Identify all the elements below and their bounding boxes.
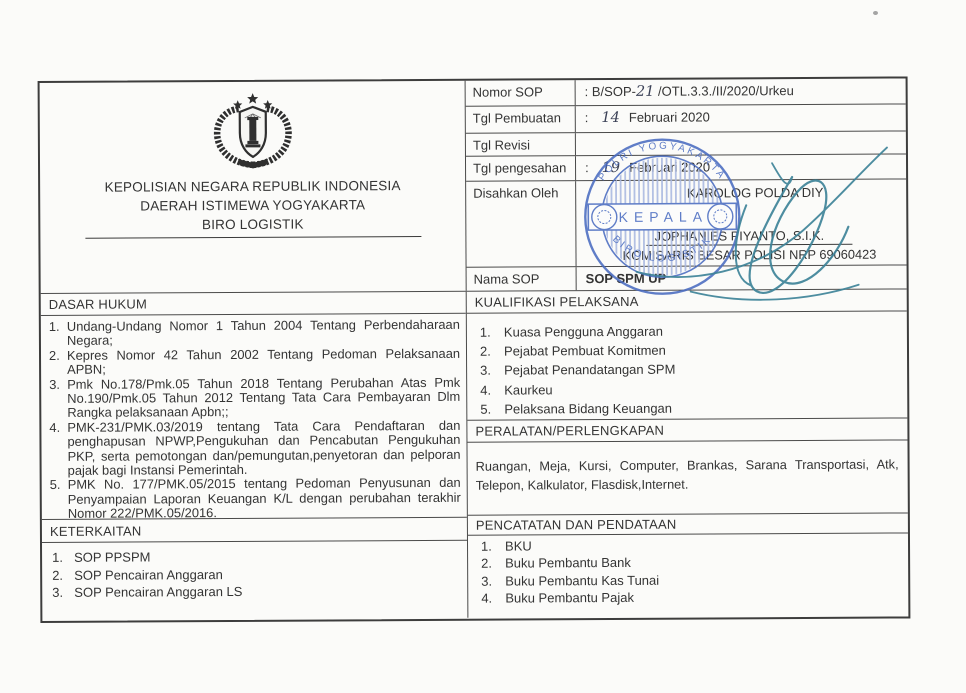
pembuatan-month: Februari 2020: [629, 109, 710, 124]
approver-rank: KOMISARIS BESAR POLISI NRP 69060423: [623, 247, 877, 263]
section-title-peralatan: PERALATAN/PERLENGKAPAN: [467, 418, 907, 442]
meta-label-nomor-sop: Nomor SOP: [466, 80, 576, 106]
pencatatan-item: Buku Pembantu Bank: [468, 553, 902, 573]
pencatatan-item: Buku Pembantu Pajak: [468, 588, 902, 608]
dasar-hukum-item: Pmk No.178/Pmk.05 Tahun 2018 Tentang Per…: [49, 375, 460, 420]
meta-label-tgl-revisi: Tgl Revisi: [466, 133, 576, 156]
dasar-hukum-item: Undang-Undang Nomor 1 Tahun 2004 Tentang…: [49, 318, 460, 349]
pencatatan-item: Buku Pembantu Kas Tunai: [468, 570, 902, 590]
scanned-document-page: KEPOLISIAN NEGARA REPUBLIK INDONESIA DAE…: [0, 0, 966, 693]
keterkaitan-item: SOP Pencairan Anggaran LS: [42, 582, 461, 602]
right-column: KUALIFIKASI PELAKSANA Kuasa Pengguna Ang…: [467, 289, 909, 617]
section-content-keterkaitan: SOP PPSPMSOP Pencairan AnggaranSOP Penca…: [42, 541, 467, 620]
meta-value-disahkan-oleh: KAROLOG POLDA DIY JOPHANIES PIYANTO, S.I…: [576, 179, 906, 266]
meta-value-tgl-pembuatan: :14Februari 2020: [576, 104, 906, 132]
org-line-3: BIRO LOGISTIK: [105, 214, 401, 235]
section-content-dasar-hukum: Undang-Undang Nomor 1 Tahun 2004 Tentang…: [41, 314, 467, 520]
pencatatan-list: BKUBuku Pembantu BankBuku Pembantu Kas T…: [468, 533, 908, 607]
kualifikasi-item: Pejabat Pembuat Komitmen: [467, 340, 901, 361]
dasar-hukum-item: Kepres Nomor 42 Tahun 2002 Tentang Pedom…: [49, 347, 460, 378]
meta-value-tgl-pengesahan: :19Februari 2020: [576, 154, 906, 180]
handwritten-date-pengesahan: 19: [602, 160, 621, 176]
dasar-hukum-item: PMK-231/PMK.03/2019 tentang Tata Cara Pe…: [49, 419, 460, 479]
kualifikasi-item: Pelaksana Bidang Keuangan: [467, 397, 901, 418]
document-header: KEPOLISIAN NEGARA REPUBLIK INDONESIA DAE…: [40, 78, 907, 294]
nomor-post: /OTL.3.3./II/2020/Urkeu: [654, 83, 794, 99]
keterkaitan-list: SOP PPSPMSOP Pencairan AnggaranSOP Penca…: [42, 541, 467, 602]
section-title-keterkaitan: KETERKAITAN: [42, 518, 467, 543]
section-title-pencatatan: PENCATATAN DAN PENDATAAN: [468, 513, 908, 535]
meta-value-tgl-revisi: [576, 131, 906, 155]
section-title-kualifikasi: KUALIFIKASI PELAKSANA: [467, 289, 907, 313]
meta-row-tgl-pembuatan: Tgl Pembuatan :14Februari 2020: [466, 104, 906, 133]
kualifikasi-list: Kuasa Pengguna AnggaranPejabat Pembuat K…: [467, 311, 908, 418]
pencatatan-item: BKU: [468, 535, 902, 555]
meta-row-tgl-revisi: Tgl Revisi: [466, 131, 906, 156]
meta-value-nomor-sop: : B/SOP-21 /OTL.3.3./II/2020/Urkeu: [576, 78, 906, 105]
org-underline: [85, 236, 421, 239]
kualifikasi-item: Kuasa Pengguna Anggaran: [467, 320, 901, 341]
approver-title: KAROLOG POLDA DIY: [687, 185, 824, 201]
pengesahan-colon: :: [585, 160, 589, 175]
document-body: DASAR HUKUM Undang-Undang Nomor 1 Tahun …: [41, 289, 909, 620]
meta-row-nama-sop: Nama SOP SOP SPM UP: [467, 265, 907, 290]
keterkaitan-item: SOP PPSPM: [42, 547, 461, 567]
org-line-1: KEPOLISIAN NEGARA REPUBLIK INDONESIA: [105, 176, 401, 197]
org-header-cell: KEPOLISIAN NEGARA REPUBLIK INDONESIA DAE…: [40, 81, 467, 293]
meta-label-tgl-pembuatan: Tgl Pembuatan: [466, 106, 576, 133]
section-title-dasar-hukum: DASAR HUKUM: [41, 292, 466, 316]
sop-meta-table: Nomor SOP : B/SOP-21 /OTL.3.3./II/2020/U…: [466, 78, 907, 290]
org-line-2: DAERAH ISTIMEWA YOGYAKARTA: [105, 195, 401, 216]
pengesahan-month: Februari 2020: [629, 159, 710, 174]
dasar-hukum-list: Undang-Undang Nomor 1 Tahun 2004 Tentang…: [41, 314, 467, 520]
meta-row-nomor-sop: Nomor SOP : B/SOP-21 /OTL.3.3./II/2020/U…: [466, 78, 906, 106]
sop-document-table: KEPOLISIAN NEGARA REPUBLIK INDONESIA DAE…: [38, 76, 911, 623]
meta-label-tgl-pengesahan: Tgl pengesahan: [466, 156, 576, 181]
kualifikasi-item: Pejabat Penandatangan SPM: [467, 359, 901, 380]
keterkaitan-item: SOP Pencairan Anggaran: [42, 564, 461, 584]
section-content-pencatatan: BKUBuku Pembantu BankBuku Pembantu Kas T…: [468, 533, 908, 617]
handwritten-sop-number: 21: [636, 84, 655, 100]
meta-row-disahkan-oleh: Disahkan Oleh KAROLOG POLDA DIY JOPHANIE…: [466, 179, 906, 267]
meta-value-nama-sop: SOP SPM UP: [577, 265, 907, 290]
scan-speck: [873, 11, 878, 15]
left-column: DASAR HUKUM Undang-Undang Nomor 1 Tahun …: [41, 292, 469, 620]
nomor-pre: : B/SOP-: [585, 84, 636, 99]
meta-label-nama-sop: Nama SOP: [467, 267, 577, 291]
approver-signature-block: JOPHANIES PIYANTO, S.I.K. KOMISARIS BESA…: [623, 228, 877, 263]
section-content-kualifikasi: Kuasa Pengguna AnggaranPejabat Pembuat K…: [467, 311, 908, 420]
pembuatan-colon: :: [585, 110, 589, 125]
meta-label-disahkan-oleh: Disahkan Oleh: [466, 181, 576, 267]
section-content-peralatan: Ruangan, Meja, Kursi, Computer, Brankas,…: [467, 440, 907, 515]
kualifikasi-item: Kaurkeu: [467, 378, 901, 399]
handwritten-date-pembuatan: 14: [601, 110, 620, 126]
peralatan-text: Ruangan, Meja, Kursi, Computer, Brankas,…: [467, 440, 907, 494]
meta-row-tgl-pengesahan: Tgl pengesahan :19Februari 2020: [466, 154, 906, 181]
dasar-hukum-item: PMK No. 177/PMK.05/2015 tentang Pedoman …: [50, 476, 461, 520]
polri-emblem-icon: [204, 92, 300, 173]
approver-name: JOPHANIES PIYANTO, S.I.K.: [647, 228, 853, 246]
